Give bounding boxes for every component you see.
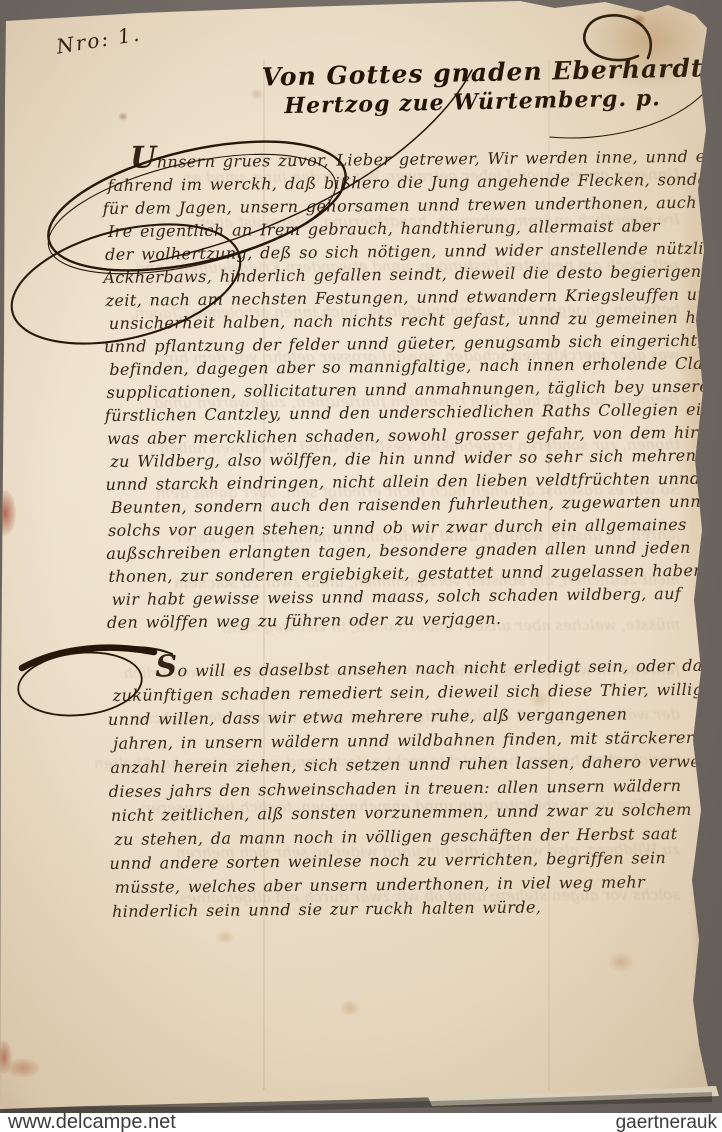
paragraph: Unnsern grues zuvor, Lieber getrewer, Wi… (104, 141, 709, 634)
watermark-gaertnerauk: gaertnerauk (616, 1112, 717, 1132)
foxing-spot (608, 952, 634, 972)
manuscript-line: hinderlich sein unnd sie zur ruckh halte… (112, 894, 712, 924)
foxing-spot (632, 14, 646, 26)
document-heading: Von Gottes gnaden Eberhardt Hertzog zue … (261, 53, 704, 119)
heading-curl (584, 15, 650, 60)
archive-number: Nro: 1. (55, 21, 143, 58)
manuscript-sheet: Unnsern grues zuvor, Lieber getrewer, Wi… (0, 0, 722, 1132)
paragraph: So will es daselbst ansehen nach nicht e… (109, 650, 712, 924)
manuscript-line: den wölffen weg zu führen oder zu verjag… (107, 605, 709, 634)
watermark-band: www.delcampe.net gaertnerauk (0, 1113, 722, 1132)
foxing-spot (118, 112, 128, 121)
red-stain (6, 1058, 40, 1078)
foxing-spot (340, 1000, 360, 1016)
manuscript-body: Unnsern grues zuvor, Lieber getrewer, Wi… (104, 141, 712, 924)
red-stain-left-edge (0, 1040, 12, 1074)
foxing-spot (216, 930, 234, 944)
scanned-manuscript-photo: Unnsern grues zuvor, Lieber getrewer, Wi… (0, 0, 722, 1132)
watermark-delcampe: www.delcampe.net (8, 1111, 176, 1132)
red-stain-left-edge (0, 490, 16, 536)
